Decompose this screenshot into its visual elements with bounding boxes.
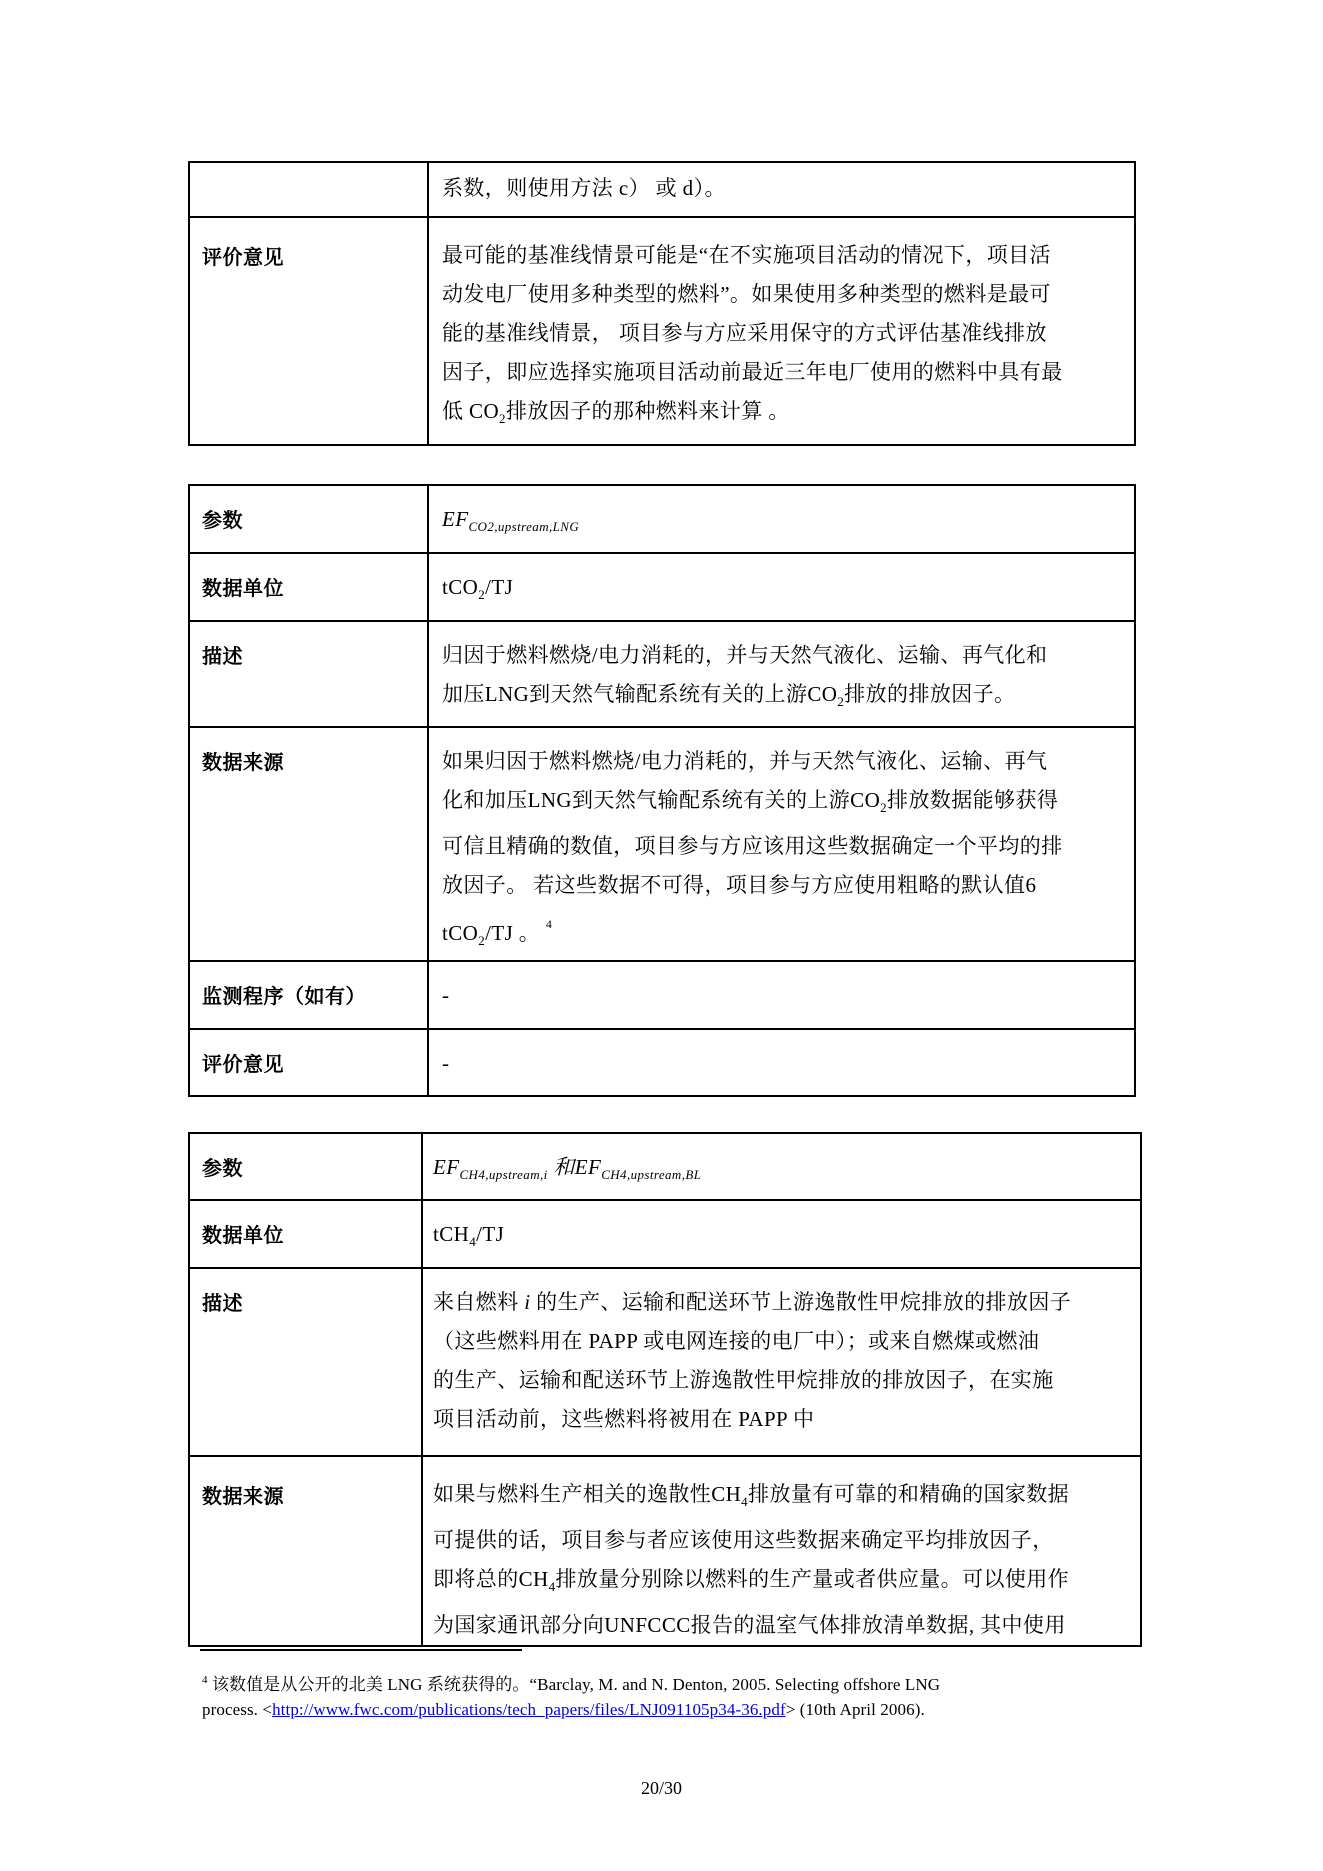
data-source-value: 如果归因于燃料燃烧/电力消耗的，并与天然气液化、运输、再气 化和加压LNG到天然… [428,727,1135,961]
symbol-base: EF [433,1155,459,1179]
symbol-base: EF [575,1155,601,1179]
row-label: 数据来源 [189,1456,422,1646]
text-fragment: /TJ [476,1222,504,1246]
table-row: 评价意见 最可能的基准线情景可能是“在不实施项目活动的情况下，项目活 动发电厂使… [189,217,1135,445]
text-line: 可提供的话，项目参与者应该使用这些数据来确定平均排放因子， [433,1521,1128,1560]
row-label: 数据来源 [189,727,428,961]
text-fragment: 如果与燃料生产相关的逸散性CH [433,1482,741,1506]
symbol-subscript: CH4,upstream,BL [601,1167,701,1182]
text-fragment: tCO [442,921,478,945]
text-fragment: 的生产、运输和配送环节上游逸散性甲烷排放的排放因子 [531,1290,1072,1314]
row-label: 参数 [189,1133,422,1200]
footnote-link[interactable]: http://www.fwc.com/publications/tech_pap… [272,1700,786,1719]
text-fragment: /TJ 。 [485,921,540,945]
row-label: 描述 [189,621,428,727]
subscript: 2 [880,800,887,815]
footnote-separator [200,1649,522,1651]
text-line: 低 CO2排放因子的那种燃料来计算 。 [442,392,1122,438]
footnote-text: process. < [202,1700,272,1719]
footnote-text: > (10th April 2006). [786,1700,925,1719]
parameter-table-co2-upstream-lng: 参数 EFCO2,upstream,LNG 数据单位 tCO2/TJ 描述 归因… [188,484,1136,1097]
text-line: 能的基准线情景， 项目参与方应采用保守的方式评估基准线排放 [442,314,1122,353]
row-label: 评价意见 [189,1029,428,1096]
unit-value: tCO2/TJ [428,553,1135,621]
table-row-parameter: 参数 EFCH4,upstream,i 和EFCH4,upstream,BL [189,1133,1141,1200]
monitoring-value: - [428,961,1135,1029]
text-fragment: 排放数据能够获得 [887,788,1058,812]
text-line: 放因子。 若这些数据不可得，项目参与方应使用粗略的默认值6 [442,866,1122,905]
text-line: 加压LNG到天然气输配系统有关的上游CO2排放的排放因子。 [442,675,1122,721]
footnote: 4 该数值是从公开的北美 LNG 系统获得的。“Barclay, M. and … [202,1668,1162,1722]
text-fragment: 排放量分别除以燃料的生产量或者供应量。可以使用作 [555,1567,1069,1591]
footnote-line: process. <http://www.fwc.com/publication… [202,1697,1162,1722]
text-line: 项目活动前，这些燃料将被用在 PAPP 中 [433,1400,1128,1439]
text-fragment: 排放量有可靠的和精确的国家数据 [748,1482,1069,1506]
text-line: 为国家通讯部分向UNFCCC报告的温室气体排放清单数据, 其中使用 [433,1606,1128,1645]
row-label [189,162,428,217]
text-line: tCO2/TJ 。 4 [442,905,1122,960]
text-line: 如果与燃料生产相关的逸散性CH4排放量有可靠的和精确的国家数据 [433,1475,1128,1521]
row-label: 描述 [189,1268,422,1456]
text-fragment: 化和加压LNG到天然气输配系统有关的上游CO [442,788,880,812]
unit-value: tCH4/TJ [422,1200,1141,1268]
text-fragment: 排放的排放因子。 [844,682,1015,706]
text-line: 的生产、运输和配送环节上游逸散性甲烷排放的排放因子，在实施 [433,1361,1128,1400]
data-source-value: 如果与燃料生产相关的逸散性CH4排放量有可靠的和精确的国家数据 可提供的话，项目… [422,1456,1141,1646]
table-row-comment: 评价意见 - [189,1029,1135,1096]
text-line: 因子，即应选择实施项目活动前最近三年电厂使用的燃料中具有最 [442,353,1122,392]
table-row-description: 描述 归因于燃料燃烧/电力消耗的，并与天然气液化、运输、再气化和 加压LNG到天… [189,621,1135,727]
symbol-base: EF [442,507,468,531]
text-fragment: tCH [433,1222,469,1246]
row-value: 系数，则使用方法 c） 或 d）。 [428,162,1135,217]
text-line: 化和加压LNG到天然气输配系统有关的上游CO2排放数据能够获得 [442,781,1122,827]
description-value: 归因于燃料燃烧/电力消耗的，并与天然气液化、运输、再气化和 加压LNG到天然气输… [428,621,1135,727]
parameter-symbol: EFCO2,upstream,LNG [428,485,1135,553]
table-row-unit: 数据单位 tCO2/TJ [189,553,1135,621]
table-row-data-source: 数据来源 如果归因于燃料燃烧/电力消耗的，并与天然气液化、运输、再气 化和加压L… [189,727,1135,961]
footnote-reference[interactable]: 4 [546,917,552,931]
footnote-line: 4 该数值是从公开的北美 LNG 系统获得的。“Barclay, M. and … [202,1668,1162,1697]
parameter-table-ch4-upstream: 参数 EFCH4,upstream,i 和EFCH4,upstream,BL 数… [188,1132,1142,1647]
text-fragment: 即将总的CH [433,1567,549,1591]
text-fragment: 低 CO [442,399,499,423]
text-line: （这些燃料用在 PAPP 或电网连接的电厂中）；或来自燃煤或燃油 [433,1322,1128,1361]
row-label: 数据单位 [189,1200,422,1268]
table-row-description: 描述 来自燃料 i 的生产、运输和配送环节上游逸散性甲烷排放的排放因子 （这些燃… [189,1268,1141,1456]
text-fragment: 来自燃料 [433,1290,524,1314]
text-fragment: 加压LNG到天然气输配系统有关的上游CO [442,682,837,706]
conjunction: 和 [553,1155,574,1179]
row-label: 监测程序（如有） [189,961,428,1029]
text-line: 即将总的CH4排放量分别除以燃料的生产量或者供应量。可以使用作 [433,1560,1128,1606]
table-row-unit: 数据单位 tCH4/TJ [189,1200,1141,1268]
page-number: 20/30 [0,1778,1323,1799]
text-line: 动发电厂使用多种类型的燃料”。如果使用多种类型的燃料是最可 [442,275,1122,314]
row-label: 参数 [189,485,428,553]
table-row-monitoring: 监测程序（如有） - [189,961,1135,1029]
subscript: 2 [499,411,506,426]
footnote-text: 该数值是从公开的北美 LNG 系统获得的。“Barclay, M. and N.… [208,1675,941,1694]
comment-value: - [428,1029,1135,1096]
row-value: 最可能的基准线情景可能是“在不实施项目活动的情况下，项目活 动发电厂使用多种类型… [428,217,1135,445]
table-row-parameter: 参数 EFCO2,upstream,LNG [189,485,1135,553]
table-row: 系数，则使用方法 c） 或 d）。 [189,162,1135,217]
text-fragment: tCO [442,575,478,599]
table-continuation: 系数，则使用方法 c） 或 d）。 评价意见 最可能的基准线情景可能是“在不实施… [188,161,1136,446]
symbol-subscript: CO2,upstream,LNG [468,519,579,534]
text-line: 最可能的基准线情景可能是“在不实施项目活动的情况下，项目活 [442,236,1122,275]
row-label: 数据单位 [189,553,428,621]
row-label: 评价意见 [189,217,428,445]
symbol-subscript: CH4,upstream,i [459,1167,547,1182]
text-fragment: 排放因子的那种燃料来计算 。 [506,399,790,423]
text-line: 归因于燃料燃烧/电力消耗的，并与天然气液化、运输、再气化和 [442,636,1122,675]
text-line: 来自燃料 i 的生产、运输和配送环节上游逸散性甲烷排放的排放因子 [433,1283,1128,1322]
table-row-data-source: 数据来源 如果与燃料生产相关的逸散性CH4排放量有可靠的和精确的国家数据 可提供… [189,1456,1141,1646]
text-fragment: /TJ [485,575,513,599]
parameter-symbol: EFCH4,upstream,i 和EFCH4,upstream,BL [422,1133,1141,1200]
description-value: 来自燃料 i 的生产、运输和配送环节上游逸散性甲烷排放的排放因子 （这些燃料用在… [422,1268,1141,1456]
text-line: 可信且精确的数值，项目参与方应该用这些数据确定一个平均的排 [442,827,1122,866]
text-line: 如果归因于燃料燃烧/电力消耗的，并与天然气液化、运输、再气 [442,742,1122,781]
